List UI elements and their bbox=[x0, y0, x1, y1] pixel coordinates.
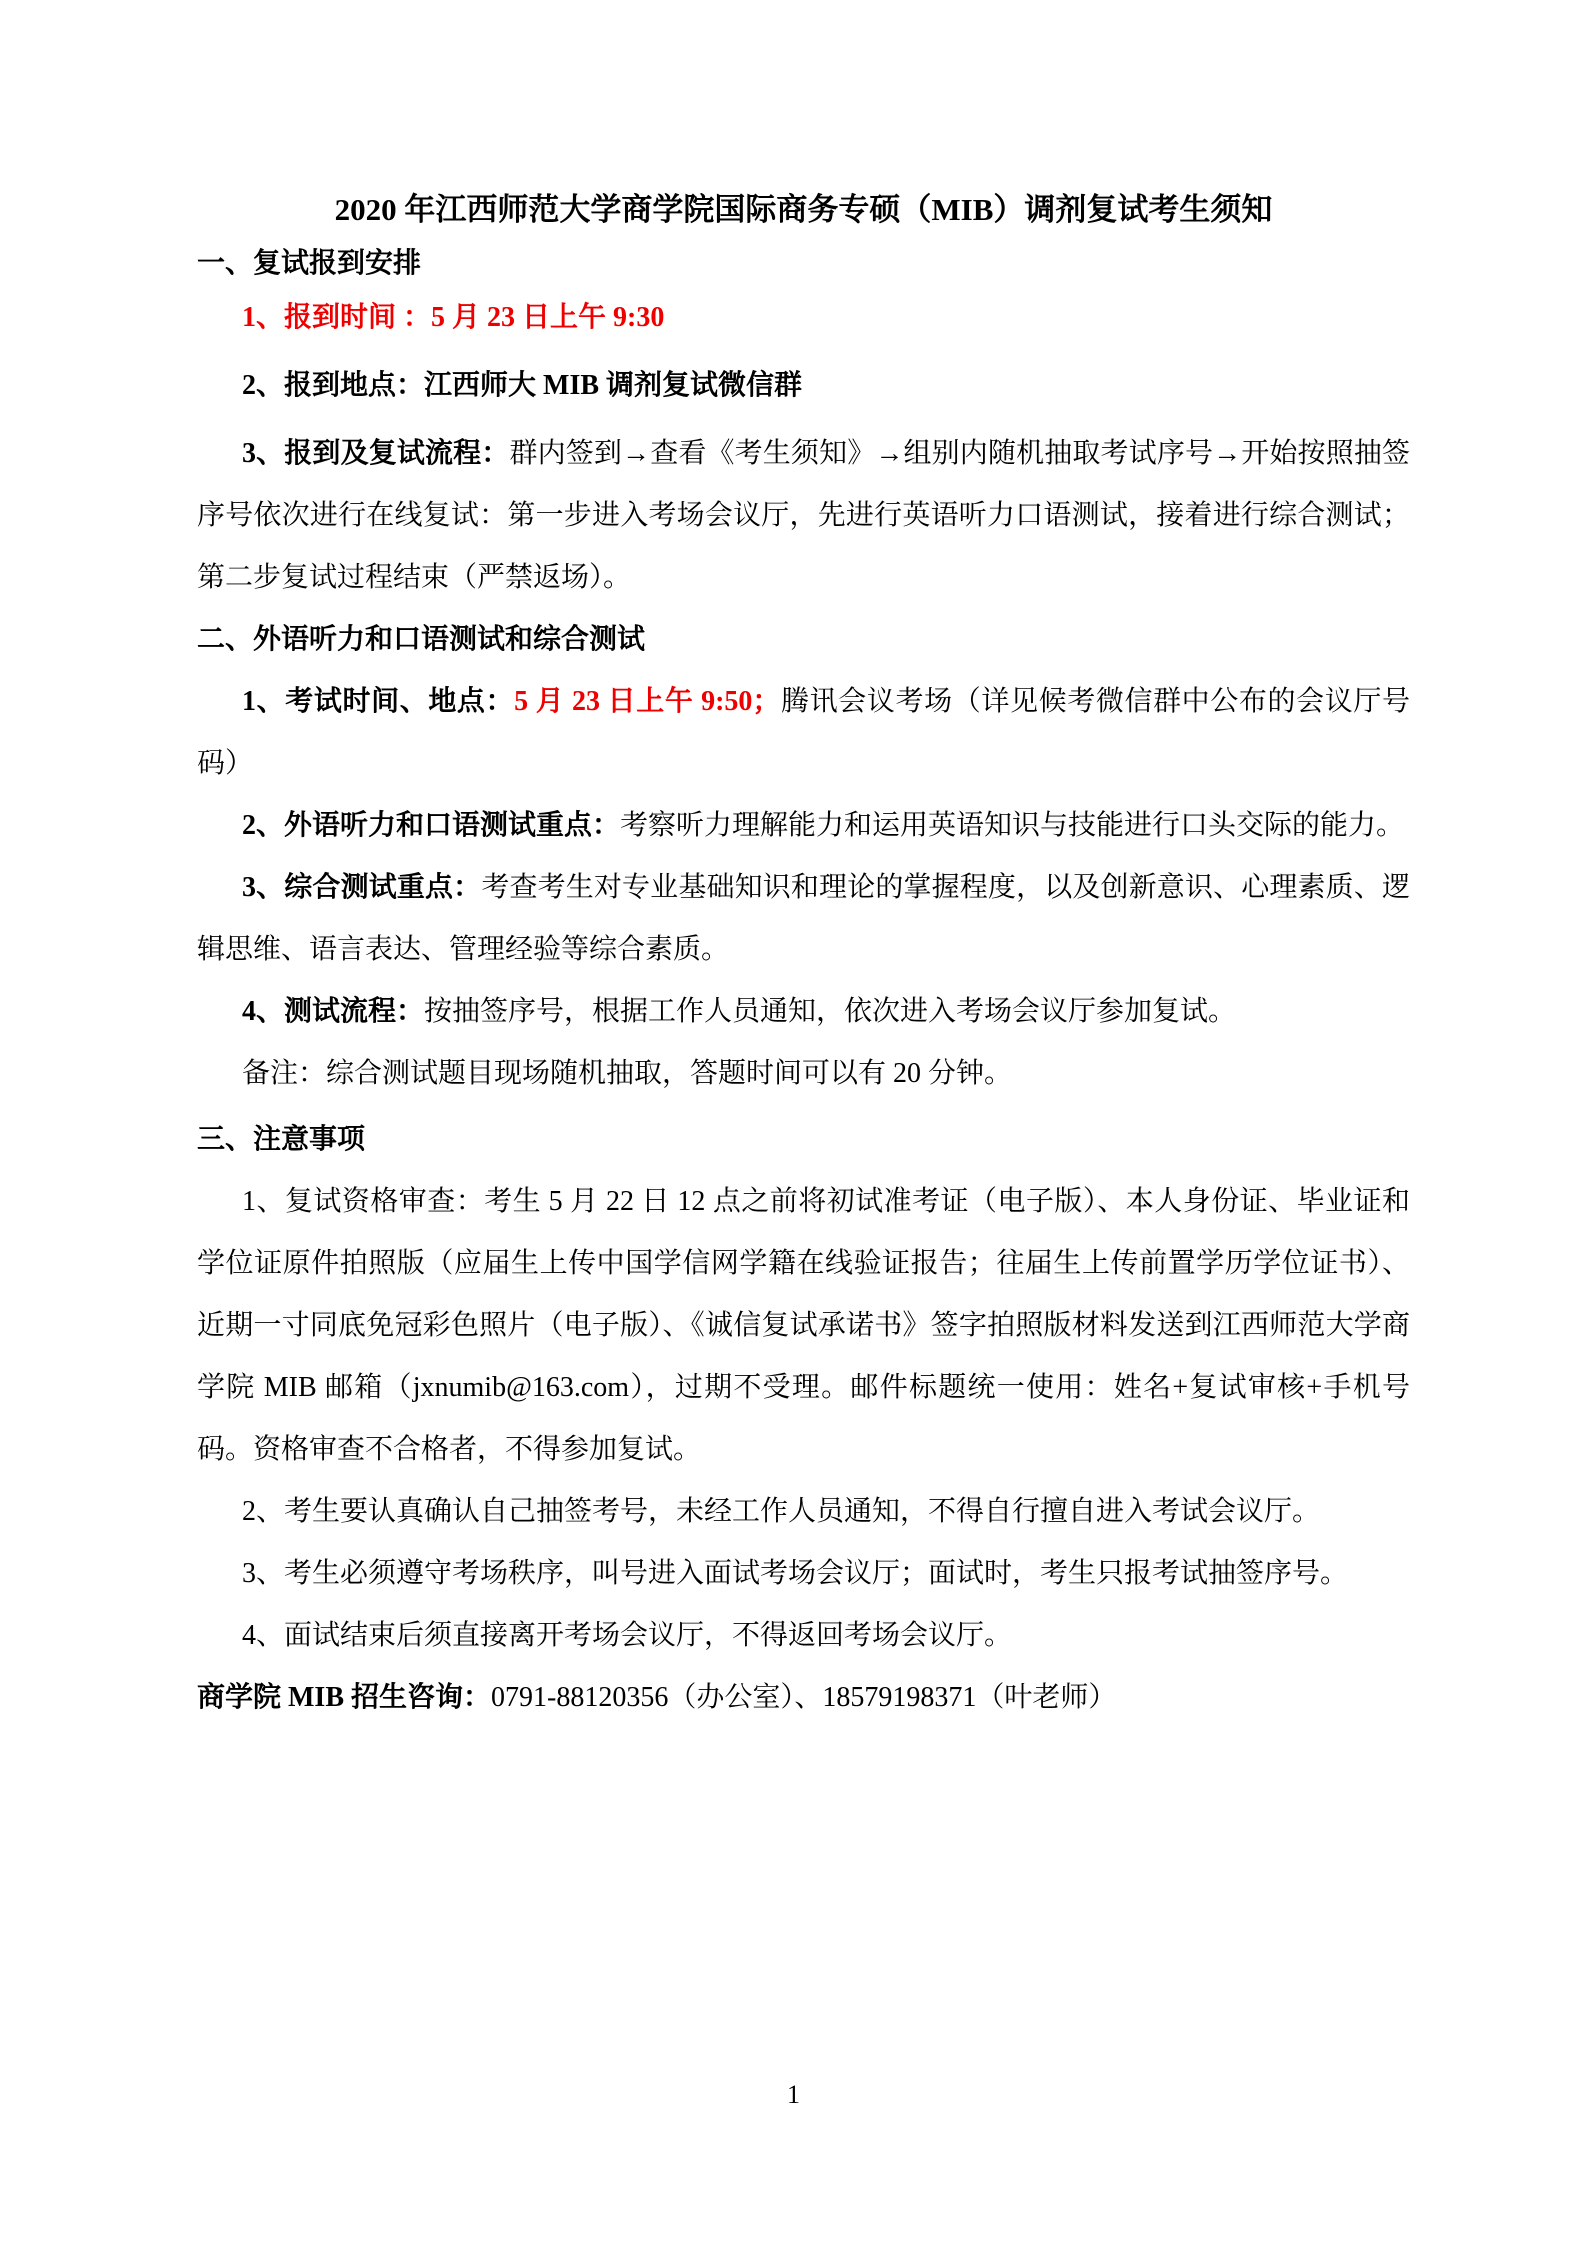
item-test-note: 备注：综合测试题目现场随机抽取，答题时间可以有 20 分钟。 bbox=[197, 1043, 1410, 1105]
item-listening-speaking-focus-text: 考察听力理解能力和运用英语知识与技能进行口头交际的能力。 bbox=[620, 810, 1404, 841]
section-1-heading: 一、复试报到安排 bbox=[197, 237, 1410, 291]
contact-label: 商学院 MIB 招生咨询： bbox=[197, 1682, 491, 1713]
item-test-procedure-label: 4、测试流程： bbox=[242, 996, 424, 1027]
item-listening-speaking-focus-label: 2、外语听力和口语测试重点： bbox=[242, 810, 620, 841]
contact-line: 商学院 MIB 招生咨询：0791-88120356（办公室）、18579198… bbox=[197, 1667, 1410, 1729]
item-report-place: 2、报到地点：江西师大 MIB 调剂复试微信群 bbox=[197, 355, 1410, 417]
contact-phone-numbers: 0791-88120356（办公室）、18579198371（叶老师） bbox=[491, 1682, 1116, 1713]
item-report-time: 1、报到时间 ：5 月 23 日上午 9:30 bbox=[197, 291, 1410, 345]
item-comprehensive-test-focus-label: 3、综合测试重点： bbox=[242, 872, 481, 903]
item-confirm-number: 2、考生要认真确认自己抽签考号，未经工作人员通知，不得自行擅自进入考试会议厅。 bbox=[197, 1481, 1410, 1543]
item-report-procedure: 3、报到及复试流程：群内签到→查看《考生须知》→组别内随机抽取考试序号→开始按照… bbox=[197, 423, 1410, 609]
item-report-procedure-label: 3、报到及复试流程： bbox=[242, 438, 509, 469]
page-number: 1 bbox=[0, 2078, 1587, 2112]
section-2-heading: 二、外语听力和口语测试和综合测试 bbox=[197, 609, 1410, 671]
item-report-place-label: 2、报到地点： bbox=[242, 370, 424, 401]
document-content: 2020 年江西师范大学商学院国际商务专硕（MIB）调剂复试考生须知 一、复试报… bbox=[197, 0, 1410, 1729]
item-exam-time-place: 1、考试时间、地点：5 月 23 日上午 9:50；腾讯会议考场（详见候考微信群… bbox=[197, 671, 1410, 795]
item-test-procedure-text: 按抽签序号，根据工作人员通知，依次进入考场会议厅参加复试。 bbox=[424, 996, 1236, 1027]
section-3-heading: 三、注意事项 bbox=[197, 1109, 1410, 1171]
document-title: 2020 年江西师范大学商学院国际商务专硕（MIB）调剂复试考生须知 bbox=[197, 183, 1410, 237]
item-qualification-review: 1、复试资格审查：考生 5 月 22 日 12 点之前将初试准考证（电子版）、本… bbox=[197, 1171, 1410, 1481]
item-leave-after-interview: 4、面试结束后须直接离开考场会议厅，不得返回考场会议厅。 bbox=[197, 1605, 1410, 1667]
item-exam-time-place-label: 1、考试时间、地点： bbox=[242, 686, 514, 717]
item-exam-time-highlight: 5 月 23 日上午 9:50； bbox=[514, 686, 780, 717]
item-comprehensive-test-focus: 3、综合测试重点：考查考生对专业基础知识和理论的掌握程度，以及创新意识、心理素质… bbox=[197, 857, 1410, 981]
document-page: 2020 年江西师范大学商学院国际商务专硕（MIB）调剂复试考生须知 一、复试报… bbox=[0, 0, 1587, 2245]
item-listening-speaking-focus: 2、外语听力和口语测试重点：考察听力理解能力和运用英语知识与技能进行口头交际的能… bbox=[197, 795, 1410, 857]
item-test-procedure: 4、测试流程：按抽签序号，根据工作人员通知，依次进入考场会议厅参加复试。 bbox=[197, 981, 1410, 1043]
item-report-place-text: 江西师大 MIB 调剂复试微信群 bbox=[424, 370, 802, 401]
item-exam-discipline: 3、考生必须遵守考场秩序，叫号进入面试考场会议厅；面试时，考生只报考试抽签序号。 bbox=[197, 1543, 1410, 1605]
